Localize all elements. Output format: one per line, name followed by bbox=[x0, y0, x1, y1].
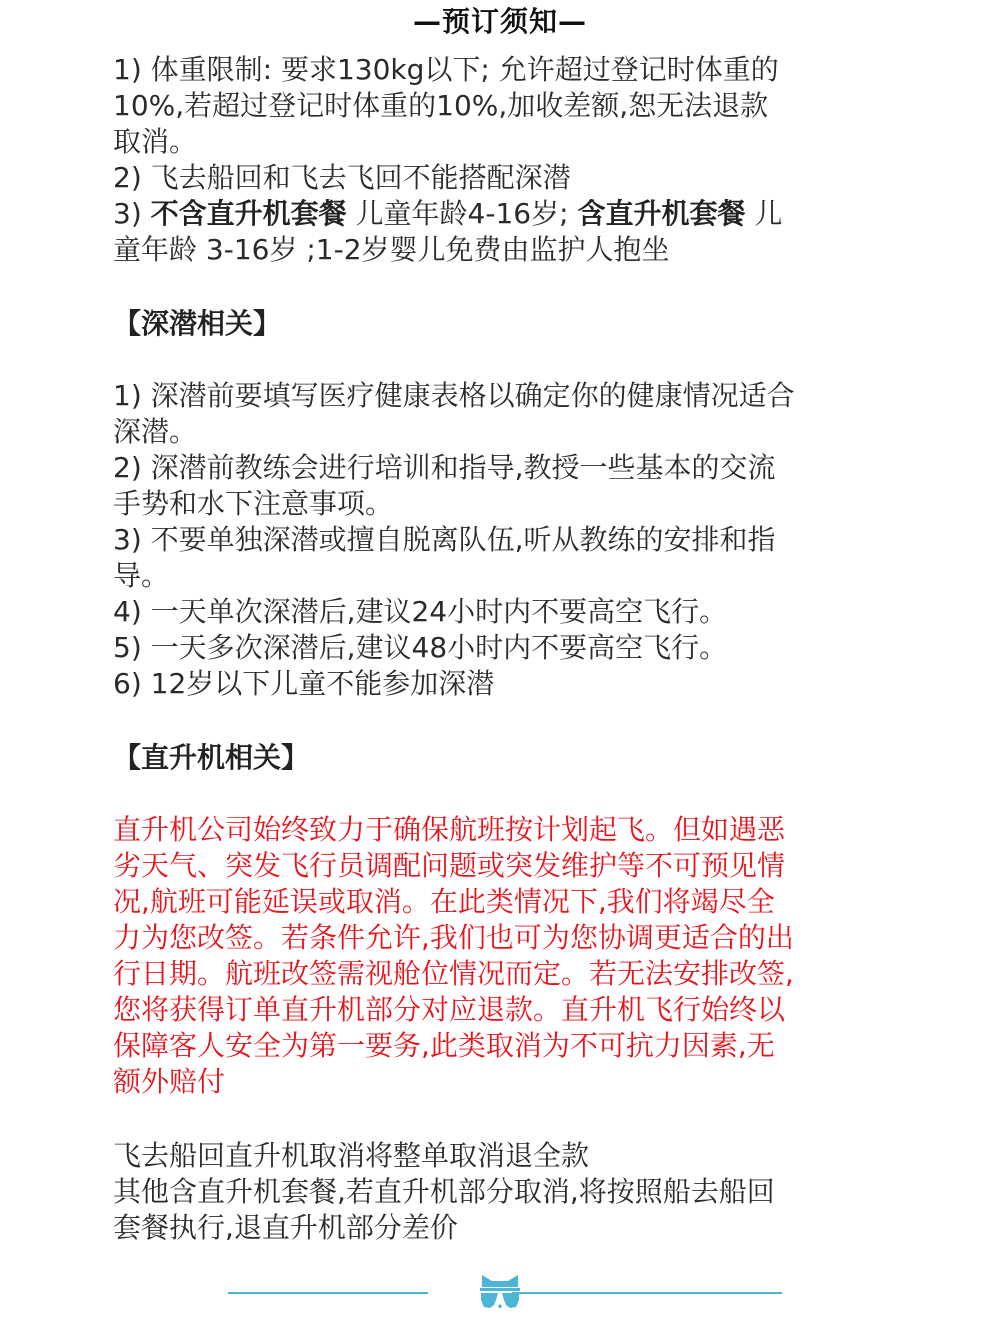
helicopter-refund-notes: 飞去船回直升机取消将整单取消退全款 其他含直升机套餐,若直升机部分取消,将按照船… bbox=[113, 1138, 903, 1246]
note-line: 童年龄 3-16岁 ;1-2岁婴儿免费由监护人抱坐 bbox=[113, 232, 903, 268]
warning-line: 劣天气、突发飞行员调配问题或突发维护等不可预见情 bbox=[113, 848, 903, 884]
note-line: 3) 不含直升机套餐 儿童年龄4-16岁; 含直升机套餐 儿 bbox=[113, 196, 903, 232]
diving-line: 5) 一天多次深潜后,建议48小时内不要高空飞行。 bbox=[113, 630, 903, 666]
diving-line: 手势和水下注意事项。 bbox=[113, 486, 903, 522]
page-title: —预订须知— bbox=[0, 2, 1000, 42]
diving-section-list: 1) 深潜前要填写医疗健康表格以确定你的健康情况适合 深潜。 2) 深潜前教练会… bbox=[113, 378, 903, 702]
refund-line: 其他含直升机套餐,若直升机部分取消,将按照船去船回 bbox=[113, 1174, 903, 1210]
helicopter-package-label: 含直升机套餐 bbox=[577, 197, 745, 230]
diving-line: 2) 深潜前教练会进行培训和指导,教授一些基本的交流 bbox=[113, 450, 903, 486]
diving-line: 6) 12岁以下儿童不能参加深潜 bbox=[113, 666, 903, 702]
booking-note-3: 3) 不含直升机套餐 儿童年龄4-16岁; 含直升机套餐 儿 童年龄 3-16岁… bbox=[113, 196, 903, 268]
warning-line: 力为您改签。若条件允许,我们也可为您协调更适合的出 bbox=[113, 920, 903, 956]
note-prefix: 3) bbox=[113, 197, 151, 230]
warning-line: 保障客人安全为第一要务,此类取消为不可抗力因素,无 bbox=[113, 1028, 903, 1064]
warning-line: 直升机公司始终致力于确保航班按计划起飞。但如遇恶 bbox=[113, 812, 903, 848]
diving-line: 4) 一天单次深潜后,建议24小时内不要高空飞行。 bbox=[113, 594, 903, 630]
booking-note-1: 1) 体重限制: 要求130kg以下; 允许超过登记时体重的 10%,若超过登记… bbox=[113, 52, 903, 160]
booking-note-2: 2) 飞去船回和飞去飞回不能搭配深潜 bbox=[113, 160, 903, 196]
helicopter-warning: 直升机公司始终致力于确保航班按计划起飞。但如遇恶 劣天气、突发飞行员调配问题或突… bbox=[113, 812, 903, 1100]
diving-line: 1) 深潜前要填写医疗健康表格以确定你的健康情况适合 bbox=[113, 378, 903, 414]
warning-line: 行日期。航班改签需视舱位情况而定。若无法安排改签, bbox=[113, 956, 903, 992]
refund-line: 套餐执行,退直升机部分差价 bbox=[113, 1210, 903, 1246]
diving-line: 3) 不要单独深潜或擅自脱离队伍,听从教练的安排和指 bbox=[113, 522, 903, 558]
note-line: 取消。 bbox=[113, 124, 903, 160]
warning-line: 额外赔付 bbox=[113, 1064, 903, 1100]
no-helicopter-package-label: 不含直升机套餐 bbox=[151, 197, 347, 230]
refund-line: 飞去船回直升机取消将整单取消退全款 bbox=[113, 1138, 903, 1174]
warning-line: 您将获得订单直升机部分对应退款。直升机飞行始终以 bbox=[113, 992, 903, 1028]
helicopter-section-heading: 【直升机相关】 bbox=[113, 740, 903, 776]
note-line: 1) 体重限制: 要求130kg以下; 允许超过登记时体重的 bbox=[113, 52, 903, 88]
note-text: 儿童年龄4-16岁; bbox=[347, 197, 578, 230]
footer-divider bbox=[0, 1270, 1000, 1320]
diving-section-heading: 【深潜相关】 bbox=[113, 306, 903, 342]
divider-line-right bbox=[512, 1292, 782, 1294]
divider-line-left bbox=[228, 1292, 428, 1294]
notes-content: 1) 体重限制: 要求130kg以下; 允许超过登记时体重的 10%,若超过登记… bbox=[113, 52, 903, 1246]
note-text: 儿 bbox=[745, 197, 782, 230]
diving-line: 深潜。 bbox=[113, 414, 903, 450]
diving-line: 导。 bbox=[113, 558, 903, 594]
note-line: 2) 飞去船回和飞去飞回不能搭配深潜 bbox=[113, 160, 903, 196]
warning-line: 况,航班可能延误或取消。在此类情况下,我们将竭尽全 bbox=[113, 884, 903, 920]
note-line: 10%,若超过登记时体重的10%,加收差额,恕无法退款 bbox=[113, 88, 903, 124]
